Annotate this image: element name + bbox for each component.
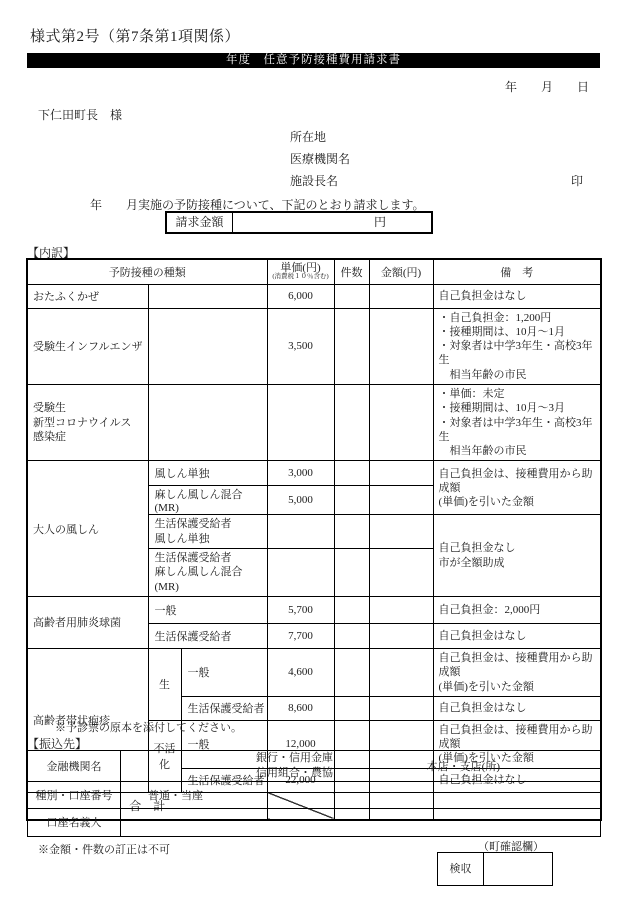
row-rubella-single: 大人の風しん 風しん単独 3,000 自己負担金は、接種費用から助成額 (単価)… — [27, 461, 601, 486]
vaccine-subtype-cell: 生活保護受給者 麻しん風しん混合(MR) — [148, 549, 267, 597]
unit-price-cell: 4,600 — [267, 648, 334, 696]
vaccine-subtype-cell: 風しん単独 — [148, 461, 267, 486]
remarks-cell: 自己負担金はなし — [433, 623, 601, 648]
row-mumps: おたふくかぜ 6,000 自己負担金はなし — [27, 284, 601, 308]
unit-price-cell: 6,000 — [267, 284, 334, 308]
bank-name-label: 金融機関名 — [28, 751, 121, 782]
account-holder-label: 口座名義人 — [28, 808, 121, 836]
unit-price-cell: 8,600 — [267, 696, 334, 720]
row-exam-flu: 受験生インフルエンザ 3,500 ・自己負担金：1,200円 ・接種期間は、10… — [27, 308, 601, 384]
account-row: 種別・口座番号 普通・当座 — [28, 781, 601, 808]
amount-cell — [369, 461, 433, 486]
header-remarks: 備 考 — [433, 259, 601, 284]
claim-amount-value-cell: 円 — [233, 213, 431, 232]
vaccine-subtype-cell — [148, 384, 267, 460]
vaccine-subtype-cell — [148, 284, 267, 308]
unit-price-cell: 3,000 — [267, 461, 334, 486]
row-exam-covid: 受験生 新型コロナウイルス 感染症 ・単価：未定 ・接種期間は、10月～3月 ・… — [27, 384, 601, 460]
account-type-label: 種別・口座番号 — [28, 781, 121, 808]
claim-form-page: 様式第2号（第7条第1項関係） 年度 任意予防接種費用請求書 年 月 日 下仁田… — [0, 0, 630, 903]
amount-cell — [369, 696, 433, 720]
inspection-box: 検収 — [437, 852, 553, 886]
vaccine-subtype-cell: 生活保護受給者 — [181, 696, 267, 720]
remarks-cell: 自己負担金はなし — [433, 696, 601, 720]
document-title-banner: 年度 任意予防接種費用請求書 — [27, 53, 600, 68]
count-cell — [334, 596, 369, 623]
bank-type-options: 銀行・信用金庫 信用組合・農協 — [256, 751, 333, 781]
vaccine-subtype-cell: 一般 — [181, 648, 267, 696]
remarks-cell: 自己負担金は、接種費用から助成額 (単価)を引いた金額 — [433, 648, 601, 696]
count-cell — [334, 623, 369, 648]
account-holder-cell — [121, 808, 601, 836]
institution-field-label: 医療機関名 — [290, 150, 350, 167]
yen-unit: 円 — [374, 215, 386, 229]
no-correction-note: ※金額・件数の訂正は不可 — [38, 841, 170, 857]
vaccine-name-cell: 受験生インフルエンザ — [27, 308, 148, 384]
remarks-cell: 自己負担金はなし — [433, 284, 601, 308]
form-number-title: 様式第2号（第7条第1項関係） — [30, 25, 240, 46]
table-header-row: 予防接種の種類 単価(円) (消費税１０％含む) 件数 金額(円) 備 考 — [27, 259, 601, 284]
header-unit-price: 単価(円) (消費税１０％含む) — [267, 259, 334, 284]
unit-price-cell: 7,700 — [267, 623, 334, 648]
claim-amount-box: 請求金額 円 — [165, 211, 433, 234]
amount-cell — [369, 596, 433, 623]
amount-cell — [369, 623, 433, 648]
date-line: 年 月 日 — [505, 78, 589, 95]
location-field-label: 所在地 — [290, 128, 326, 145]
header-vaccine-type: 予防接種の種類 — [27, 259, 267, 284]
addressee-mayor: 下仁田町長 様 — [38, 106, 122, 123]
remarks-cell: ・単価：未定 ・接種期間は、10月～3月 ・対象者は中学3年生・高校3年生 相当… — [433, 384, 601, 460]
header-amount: 金額(円) — [369, 259, 433, 284]
bank-row: 金融機関名 銀行・信用金庫 信用組合・農協 本店・支店(所) — [28, 751, 601, 782]
vaccine-form-cell-live: 生 — [148, 648, 181, 720]
bank-name-cell: 銀行・信用金庫 信用組合・農協 本店・支店(所) — [121, 751, 601, 782]
account-number-cell: 普通・当座 — [121, 781, 601, 808]
vaccine-subtype-cell: 麻しん風しん混合(MR) — [148, 486, 267, 515]
amount-cell — [369, 384, 433, 460]
count-cell — [334, 486, 369, 515]
vaccine-name-cell: 高齢者用肺炎球菌 — [27, 596, 148, 648]
vaccine-subtype-cell: 一般 — [148, 596, 267, 623]
unit-price-cell — [267, 515, 334, 549]
attach-original-note: ※予診票の原本を添付してください。 — [55, 719, 242, 735]
inspection-label-cell: 検収 — [438, 853, 484, 885]
director-field-label: 施設長名 — [290, 172, 338, 189]
amount-cell — [369, 308, 433, 384]
remarks-cell: ・自己負担金：1,200円 ・接種期間は、10月～1月 ・対象者は中学3年生・高… — [433, 308, 601, 384]
vaccine-name-cell: おたふくかぜ — [27, 284, 148, 308]
unit-price-cell: 5,000 — [267, 486, 334, 515]
amount-cell — [369, 549, 433, 597]
claim-amount-label: 請求金額 — [167, 213, 233, 232]
count-cell — [334, 461, 369, 486]
row-pneumo-general: 高齢者用肺炎球菌 一般 5,700 自己負担金：2,000円 — [27, 596, 601, 623]
transfer-table: 金融機関名 銀行・信用金庫 信用組合・農協 本店・支店(所) 種別・口座番号 普… — [27, 750, 601, 837]
branch-type-options: 本店・支店(所) — [427, 758, 500, 774]
count-cell — [334, 308, 369, 384]
vaccine-subtype-cell: 生活保護受給者 — [148, 623, 267, 648]
vaccine-name-cell: 受験生 新型コロナウイルス 感染症 — [27, 384, 148, 460]
count-cell — [334, 284, 369, 308]
vaccine-subtype-cell: 生活保護受給者 風しん単独 — [148, 515, 267, 549]
count-cell — [334, 515, 369, 549]
amount-cell — [369, 486, 433, 515]
unit-price-cell — [267, 384, 334, 460]
unit-price-cell: 5,700 — [267, 596, 334, 623]
amount-cell — [369, 515, 433, 549]
vaccine-subtype-cell — [148, 308, 267, 384]
unit-price-cell: 3,500 — [267, 308, 334, 384]
remarks-cell: 自己負担金：2,000円 — [433, 596, 601, 623]
remarks-cell: 自己負担金は、接種費用から助成額 (単価)を引いた金額 — [433, 461, 601, 515]
remarks-cell: 自己負担金なし 市が全額助成 — [433, 515, 601, 596]
unit-price-cell — [267, 549, 334, 597]
row-shingles-live-general: 高齢者帯状疱疹 生 一般 4,600 自己負担金は、接種費用から助成額 (単価)… — [27, 648, 601, 696]
unit-price-tax-note: (消費税１０％含む) — [268, 274, 334, 281]
count-cell — [334, 549, 369, 597]
breakdown-table: 予防接種の種類 単価(円) (消費税１０％含む) 件数 金額(円) 備 考 おた… — [26, 258, 602, 821]
amount-cell — [369, 648, 433, 696]
count-cell — [334, 384, 369, 460]
count-cell — [334, 648, 369, 696]
header-count: 件数 — [334, 259, 369, 284]
amount-cell — [369, 284, 433, 308]
vaccine-name-cell: 大人の風しん — [27, 461, 148, 596]
seal-mark: 印 — [571, 172, 583, 189]
holder-row: 口座名義人 — [28, 808, 601, 836]
count-cell — [334, 696, 369, 720]
